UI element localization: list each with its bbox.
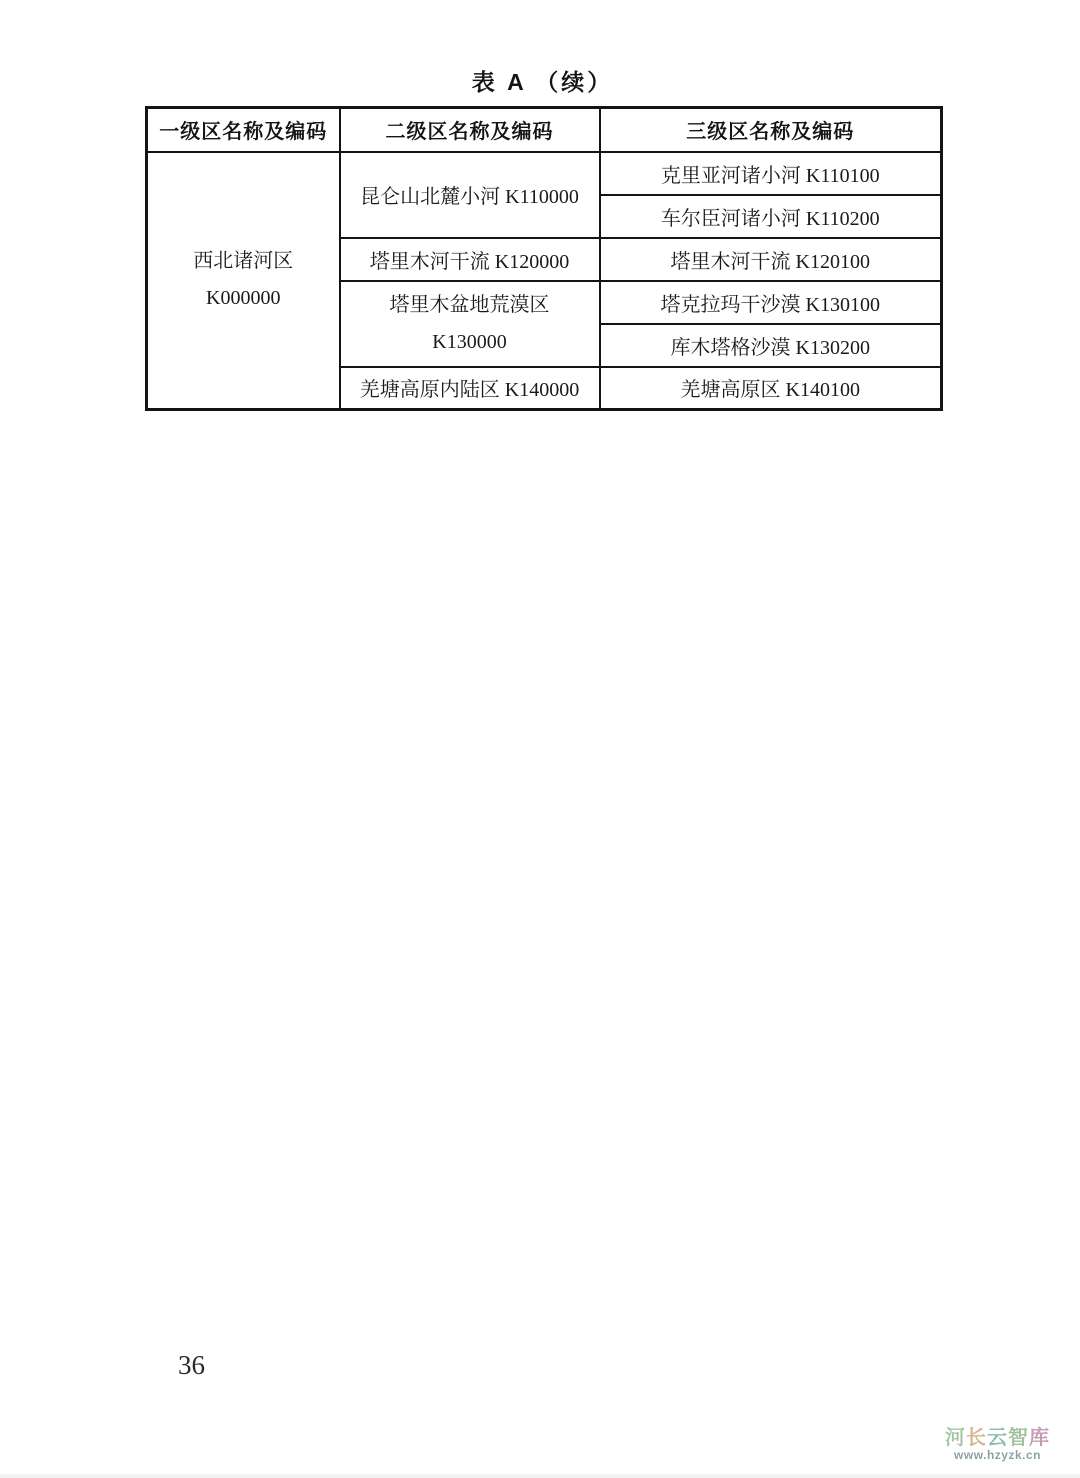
table-row: 西北诸河区 K000000 昆仑山北麓小河 K110000 克里亚河诸小河 K1… xyxy=(147,152,942,195)
page-number: 36 xyxy=(178,1350,205,1381)
level3-cell: 车尔臣河诸小河 K110200 xyxy=(600,195,942,238)
watermark: 河长云智库 www.hzyzk.cn xyxy=(945,1427,1050,1462)
watermark-url: www.hzyzk.cn xyxy=(945,1449,1050,1462)
level1-name: 西北诸河区 xyxy=(152,243,335,280)
level2-cell: 塔里木盆地荒漠区 K130000 xyxy=(340,281,600,367)
level3-cell: 羌塘高原区 K140100 xyxy=(600,367,942,410)
level2-code: K130000 xyxy=(345,324,595,361)
scan-edge-artifact xyxy=(0,1474,1080,1478)
level1-code: K000000 xyxy=(152,280,335,317)
header-row: 一级区名称及编码 二级区名称及编码 三级区名称及编码 xyxy=(147,108,942,152)
watermark-brand-char: 河 xyxy=(945,1427,966,1449)
level2-cell: 塔里木河干流 K120000 xyxy=(340,238,600,281)
col-header-level1: 一级区名称及编码 xyxy=(147,108,340,152)
watermark-brand-char: 长 xyxy=(966,1427,987,1449)
level3-cell: 库木塔格沙漠 K130200 xyxy=(600,324,942,367)
level3-cell: 克里亚河诸小河 K110100 xyxy=(600,152,942,195)
level3-cell: 塔克拉玛干沙漠 K130100 xyxy=(600,281,942,324)
zone-code-table: 一级区名称及编码 二级区名称及编码 三级区名称及编码 西北诸河区 K000000… xyxy=(145,106,943,411)
col-header-level3: 三级区名称及编码 xyxy=(600,108,942,152)
level2-cell: 昆仑山北麓小河 K110000 xyxy=(340,152,600,238)
level2-name: 塔里木盆地荒漠区 xyxy=(345,287,595,324)
watermark-brand-char: 智 xyxy=(1008,1427,1029,1449)
watermark-brand-char: 云 xyxy=(987,1427,1008,1449)
level3-cell: 塔里木河干流 K120100 xyxy=(600,238,942,281)
col-header-level2: 二级区名称及编码 xyxy=(340,108,600,152)
watermark-brand-logo: 河长云智库 xyxy=(945,1427,1050,1449)
table-title: 表 A （续） xyxy=(145,64,940,97)
level2-cell: 羌塘高原内陆区 K140000 xyxy=(340,367,600,410)
level1-cell: 西北诸河区 K000000 xyxy=(147,152,340,410)
watermark-brand-char: 库 xyxy=(1029,1427,1050,1449)
